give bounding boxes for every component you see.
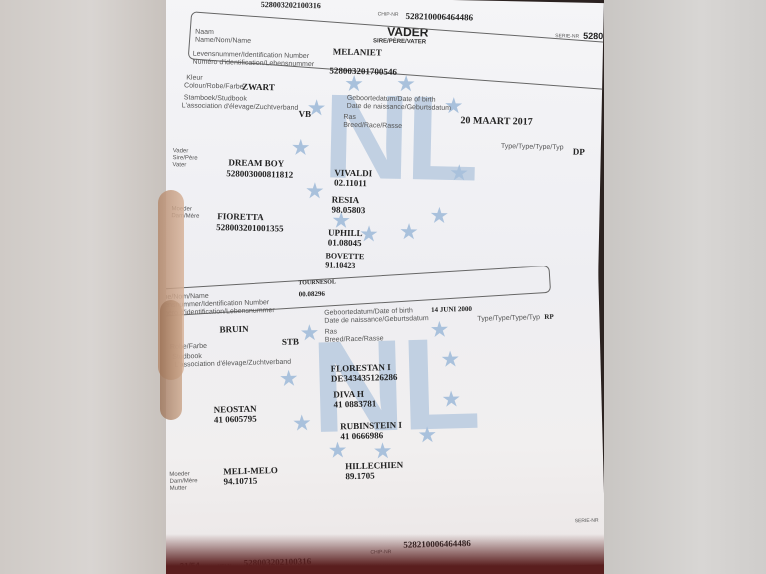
sire-sire-name: DREAM BOY [228, 157, 284, 168]
passport-photo: NL ★ ★ ★ ★ ★ ★ ★ ★ ★ ★ ★ 528003202100316… [166, 0, 604, 574]
type-label: Type/Type/Type/Typ [477, 314, 540, 324]
sire-name-value: MELANIET [333, 47, 382, 58]
name-label: Name/Nom/Name [195, 37, 251, 46]
sire-dam-id: 528003201001355 [216, 222, 284, 233]
passport-page-sire: NL ★ ★ ★ ★ ★ ★ ★ ★ ★ ★ ★ 528003202100316… [166, 0, 604, 291]
grandparent-name: UPHILL [328, 227, 363, 238]
eu-star-icon: ★ [299, 322, 319, 345]
eu-star-icon: ★ [417, 424, 437, 447]
sire-parent-label: Vader Sire/Père Vater [172, 148, 197, 170]
passport-cover-edge [166, 534, 604, 574]
colour-value: BRUIN [219, 324, 248, 335]
type-value: DP [573, 147, 585, 157]
dam-parent-label: Moeder Dam/Mère Mutter [169, 471, 198, 493]
serie-label: SERIE-NR [575, 517, 599, 526]
eu-star-icon: ★ [279, 367, 299, 390]
grandparent-id: DE343435126286 [331, 372, 398, 384]
type-value: RP [544, 312, 554, 322]
breed-label-2: Breed/Race/Rasse [325, 335, 384, 345]
eu-star-icon: ★ [291, 137, 311, 159]
blurred-background-left [0, 0, 166, 574]
dam-sire-id-value: 00.08296 [299, 289, 326, 300]
colour-label: Colour/Robe/Farbe [184, 82, 244, 91]
eu-star-icon: ★ [449, 162, 469, 184]
eu-star-icon: ★ [429, 205, 449, 227]
breed-label-2: Breed/Race/Rasse [343, 122, 402, 131]
eu-star-icon: ★ [399, 221, 419, 243]
grandparent-id: 41 0883781 [333, 398, 376, 409]
dam-sire-name-value: TOURNESOL [298, 277, 336, 288]
eu-star-icon: ★ [327, 439, 347, 462]
colour-value: ZWART [242, 82, 275, 93]
studbook-value: VB [298, 109, 311, 119]
eu-star-icon: ★ [429, 319, 449, 342]
grandparent-id: 02.11011 [334, 178, 367, 189]
grandparent-id: 91.10423 [325, 260, 355, 271]
breed-label-1: Ras [343, 114, 356, 122]
eu-star-icon: ★ [441, 388, 461, 411]
grandparent-id: 98.05803 [331, 205, 365, 216]
grandparent-name: RESIA [332, 195, 360, 206]
dob-value: 20 MAART 2017 [460, 116, 532, 128]
passport-page-dam: NL ★ ★ ★ ★ ★ ★ ★ ★ ★ TOURNESOL Name/Nom/… [166, 265, 604, 574]
thumb-lower [160, 300, 182, 420]
chip-number: 528210006464486 [405, 11, 473, 22]
studbook-label-2: L'association d'élevage/Zuchtverband [182, 102, 299, 112]
grandparent-id: 01.08045 [328, 237, 362, 248]
studbook-label-2: L'association d'élevage/Zuchtverband [174, 359, 291, 370]
sire-dam-name: FIORETTA [217, 211, 264, 222]
eu-star-icon: ★ [396, 73, 416, 95]
dob-value: 14 JUNI 2000 [431, 304, 472, 315]
grandparent-id: 89.1705 [345, 471, 375, 482]
studbook-value: STB [282, 336, 299, 346]
sire-id-value: 528003201700546 [329, 65, 397, 76]
id-label-2: Numéro d'identification/Lebensnummer [192, 59, 314, 70]
grandparent-id: 41 0666986 [340, 430, 383, 441]
type-label: Type/Type/Type/Typ [501, 143, 564, 152]
eu-star-icon: ★ [292, 412, 312, 435]
cut-top-number: 528003202100316 [261, 0, 321, 11]
eu-star-icon: ★ [305, 180, 325, 202]
blurred-background-right [604, 0, 766, 574]
sire-sire-id: 528003000811812 [226, 168, 293, 179]
chip-label: CHIP-NR [378, 10, 399, 18]
eu-star-icon: ★ [440, 348, 460, 371]
dam-sire-sire-id: 41 0605795 [214, 414, 257, 425]
dam-dam-id: 94.10715 [223, 476, 257, 487]
